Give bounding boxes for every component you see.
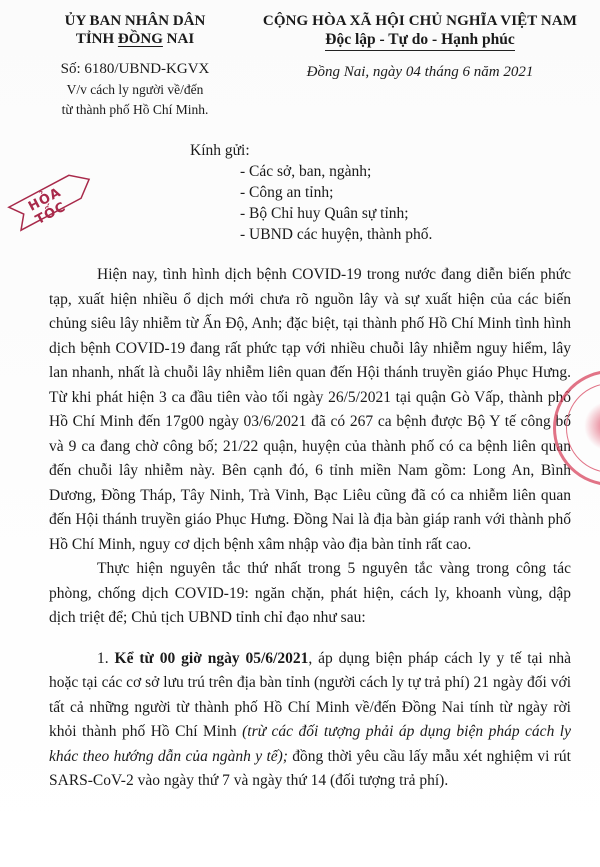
- agency-name-line1: ỦY BAN NHÂN DÂN: [30, 12, 240, 30]
- document-page: ỦY BAN NHÂN DÂN TỈNH ĐỒNG NAI Số: 6180/U…: [0, 0, 600, 867]
- greeting: Kính gửi:: [190, 140, 432, 161]
- recipient-item: - Bộ Chỉ huy Quân sự tỉnh;: [190, 203, 432, 224]
- agency-name-line2: TỈNH ĐỒNG NAI: [30, 30, 240, 48]
- national-heading-block: CỘNG HÒA XÃ HỘI CHỦ NGHĨA VIỆT NAM Độc l…: [250, 12, 590, 81]
- subject-line2: từ thành phố Hồ Chí Minh.: [30, 102, 240, 118]
- item-number: 1.: [97, 650, 115, 667]
- dateline: Đồng Nai, ngày 04 tháng 6 năm 2021: [250, 64, 590, 81]
- recipient-item: - Công an tỉnh;: [190, 182, 432, 203]
- paragraph-principle: Thực hiện nguyên tắc thứ nhất trong 5 ng…: [49, 557, 571, 631]
- national-motto: Độc lập - Tự do - Hạnh phúc: [325, 30, 514, 51]
- agency-name-part: NAI: [163, 31, 194, 47]
- agency-name-underlined: ĐỒNG: [118, 31, 163, 47]
- recipient-item: - Các sở, ban, ngành;: [190, 161, 432, 182]
- item-effective-date: Kể từ 00 giờ ngày 05/6/2021: [115, 650, 309, 667]
- paragraph-situation: Hiện nay, tình hình dịch bệnh COVID-19 t…: [49, 263, 571, 557]
- document-number: Số: 6180/UBND-KGVX: [30, 61, 240, 78]
- document-body: Hiện nay, tình hình dịch bệnh COVID-19 t…: [49, 263, 571, 794]
- directive-item-1: 1. Kể từ 00 giờ ngày 05/6/2021, áp dụng …: [49, 647, 571, 794]
- nation-title: CỘNG HÒA XÃ HỘI CHỦ NGHĨA VIỆT NAM: [250, 12, 590, 30]
- agency-name-part: TỈNH: [76, 31, 118, 47]
- recipients-block: Kính gửi: - Các sở, ban, ngành; - Công a…: [190, 140, 432, 245]
- recipient-item: - UBND các huyện, thành phố.: [190, 224, 432, 245]
- subject-line1: V/v cách ly người về/đến: [30, 82, 240, 98]
- issuing-agency-block: ỦY BAN NHÂN DÂN TỈNH ĐỒNG NAI Số: 6180/U…: [30, 12, 240, 118]
- urgent-stamp-icon: HỎA TỐC: [0, 152, 106, 246]
